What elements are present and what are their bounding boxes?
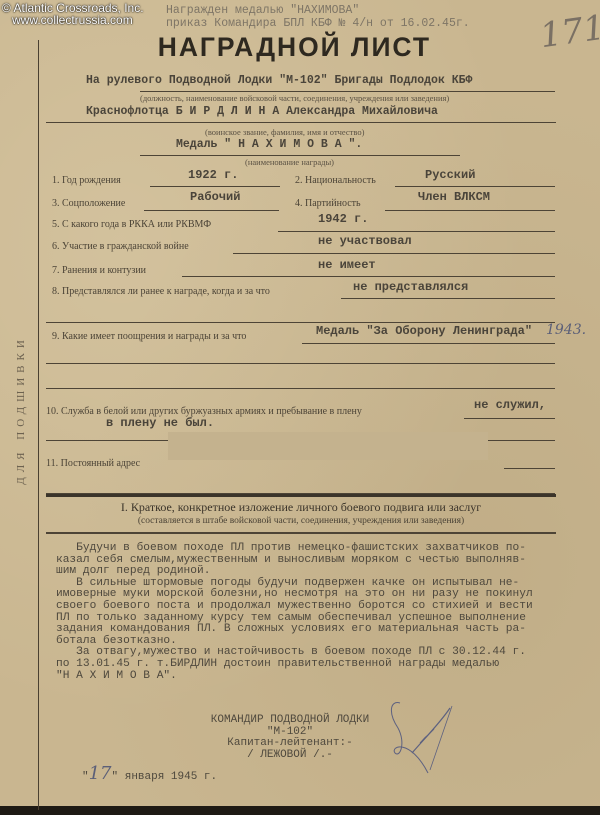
field-civil-war-value: не участвовал <box>318 234 412 248</box>
binding-margin-label: ДЛЯ ПОДШИВКИ <box>6 330 36 490</box>
document-title: НАГРАДНОЙ ЛИСТ <box>158 32 431 63</box>
handwritten-signature <box>370 698 480 778</box>
commander-rank: Капитан-лейтенант:- <box>190 738 390 750</box>
field-wounds-value: не имеет <box>318 258 376 272</box>
field-nationality-label: 2. Национальность <box>295 175 376 186</box>
section-title: I. Краткое, конкретное изложение личного… <box>46 500 556 515</box>
award-name: Медаль " Н А Х И М О В А ". <box>176 138 362 151</box>
field-awards-rule-2 <box>46 363 555 364</box>
field-social-status-value: Рабочий <box>190 190 240 204</box>
field-party-rule <box>385 210 555 211</box>
field-party-value: Член ВЛКСМ <box>418 190 490 204</box>
field-address-rule <box>504 468 555 469</box>
copyright-watermark: © Atlantic Crossroads, Inc. www.collectr… <box>2 2 144 26</box>
section-subtitle: (составляется в штабе войсковой части, с… <box>46 516 556 526</box>
redacted-address-block <box>168 432 488 460</box>
commander-name: / ЛЕЖОВОЙ /.- <box>190 750 390 762</box>
field-birth-year-label: 1. Год рождения <box>52 175 121 186</box>
field-foreign-service-value-cont: в плену не был. <box>106 416 214 430</box>
vertical-label-text: ДЛЯ ПОДШИВКИ <box>15 335 27 485</box>
field-birth-year-rule <box>150 186 280 187</box>
field-address-label: 11. Постоянный адрес <box>46 458 140 469</box>
field-social-status-rule <box>144 210 279 211</box>
merit-line: Будучи в боевом походе ПЛ против немецко… <box>56 543 596 555</box>
field-awards-rule <box>302 343 555 344</box>
field-awards-handwritten-year: 1943. <box>546 322 586 338</box>
field-foreign-service-rule <box>464 418 555 419</box>
recipient-name: Краснофлотца Б И Р Д Л И Н А Александра … <box>86 105 438 118</box>
field-awards-rule-3 <box>46 388 555 389</box>
field-civil-war-rule <box>233 253 555 254</box>
field-service-year-rule <box>278 231 555 232</box>
field-nationality-value: Русский <box>425 168 475 182</box>
folio-number: 171 <box>538 8 600 57</box>
section-divider-bottom <box>46 532 556 534</box>
award-stamp-line-1: Награжден медалью "НАХИМОВА" <box>166 4 470 17</box>
field-awards-label: 9. Какие имеет поощрения и награды и за … <box>52 331 246 342</box>
award-rule <box>140 155 460 156</box>
field-wounds-label: 7. Ранения и контузии <box>52 265 146 276</box>
merit-line: по 13.01.45 г. т.БИРДЛИН достоин правите… <box>56 659 596 671</box>
field-prior-nomination-value: не представлялся <box>353 280 468 294</box>
merit-line: своего боевого поста и продолжал мужеств… <box>56 601 596 613</box>
field-nationality-rule <box>395 186 555 187</box>
field-foreign-service-value: не служил, <box>474 398 546 412</box>
name-caption: (воинское звание, фамилия, имя и отчеств… <box>205 127 364 137</box>
binding-margin-line <box>38 40 39 810</box>
field-party-label: 4. Партийность <box>295 198 361 209</box>
field-wounds-rule <box>182 276 555 277</box>
position-rule <box>140 91 555 92</box>
position-value: На рулевого Подводной Лодки "М-102" Бриг… <box>86 74 472 87</box>
watermark-line-2: www.collectrussia.com <box>2 14 144 26</box>
field-social-status-label: 3. Соцположение <box>52 198 125 209</box>
award-caption: (наименование награды) <box>245 157 334 167</box>
section-divider-top <box>46 494 556 497</box>
merit-line: задания командования ПЛ. В сложных услов… <box>56 624 596 636</box>
merit-line: "Н А Х И М О В А". <box>56 671 596 683</box>
field-prior-nomination-label: 8. Представлялся ли ранее к награде, ког… <box>52 286 270 297</box>
field-service-year-label: 5. С какого года в РККА или РКВМФ <box>52 219 211 230</box>
field-birth-year-value: 1922 г. <box>188 168 238 182</box>
field-civil-war-label: 6. Участие в гражданской войне <box>52 241 189 252</box>
document-date: "17" января 1945 г. <box>82 763 217 784</box>
field-prior-nomination-rule <box>341 298 555 299</box>
commander-signoff: КОМАНДИР ПОДВОДНОЙ ЛОДКИ "М-102" Капитан… <box>190 715 390 761</box>
commander-title: КОМАНДИР ПОДВОДНОЙ ЛОДКИ "М-102" <box>190 715 390 738</box>
scan-bottom-edge <box>0 806 600 815</box>
field-awards-value: Медаль "За Оборону Ленинграда" <box>316 324 532 338</box>
name-rule <box>46 122 556 123</box>
date-day-handwritten: 17 <box>89 763 112 784</box>
field-prior-nomination-rule-2 <box>46 322 555 323</box>
position-caption: (должность, наименование войсковой части… <box>140 93 449 103</box>
field-service-year-value: 1942 г. <box>318 212 368 226</box>
award-stamp-line-2: приказ Командира БПЛ КБФ № 4/н от 16.02.… <box>166 17 470 30</box>
merit-description: Будучи в боевом походе ПЛ против немецко… <box>56 543 596 682</box>
award-stamp: Награжден медалью "НАХИМОВА" приказ Кома… <box>166 4 470 30</box>
date-month-year: января 1945 г. <box>125 771 217 783</box>
